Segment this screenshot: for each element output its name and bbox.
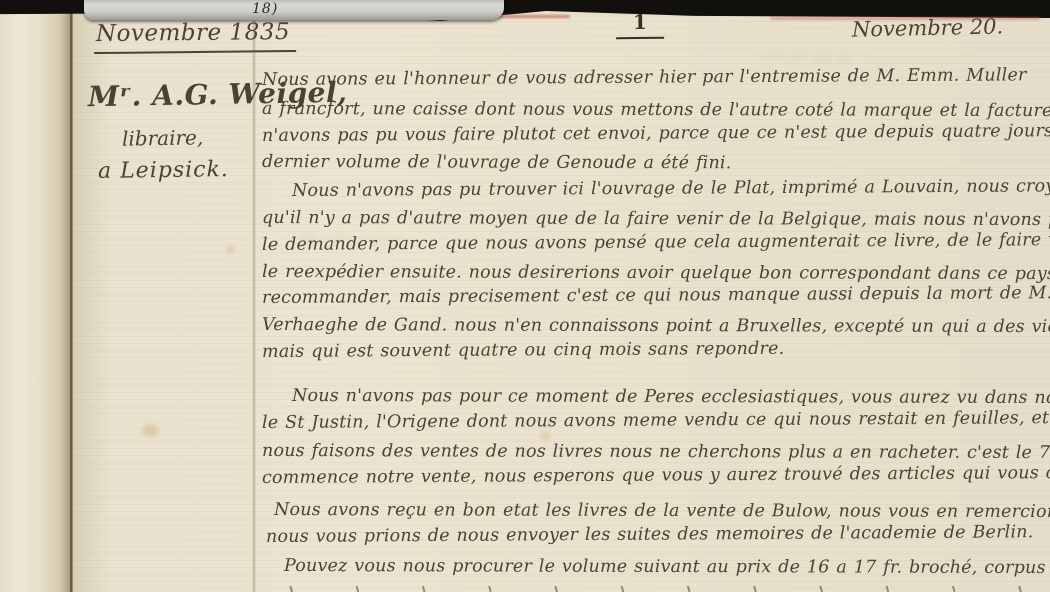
facing-page <box>0 8 72 592</box>
letter-line: le demander, parce que nous avons pensé … <box>262 229 1050 255</box>
letter-line: Pouvez vous nous procurer le volume suiv… <box>284 556 1050 578</box>
letter-line: Verhaeghe de Gand. nous n'en connaissons… <box>262 315 1050 337</box>
paper-stain <box>142 424 158 437</box>
letter-line: le reexpédier ensuite. nous desirerions … <box>262 262 1050 284</box>
manuscript-scan: ıılıı ıllı ııll ılı ıll ıı llıı ıı ılı ı… <box>0 0 1050 592</box>
letter-line: nous faisons des ventes de nos livres no… <box>262 441 1050 463</box>
letter-line: Nous n'avons pas pour ce moment de Peres… <box>292 386 1050 408</box>
recipient-place: a Leipsick. <box>98 157 229 184</box>
letter-line: recommander, mais precisement c'est ce q… <box>262 283 1050 308</box>
letter-body: Nous avons eu l'honneur de vous adresser… <box>258 0 1050 592</box>
letter-line: qu'il n'y a pas d'autre moyen que de la … <box>262 208 1050 230</box>
letter-line: a francfort, une caisse dont nous vous m… <box>262 99 1050 121</box>
letter-line: commence notre vente, nous esperons que … <box>262 462 1050 488</box>
letter-line: Nous n'avons pas pu trouver ici l'ouvrag… <box>292 176 1050 201</box>
letter-line: Nous avons reçu en bon etat les livres d… <box>274 500 1050 522</box>
cutoff-line-strokes <box>264 586 1024 592</box>
letter-line: mais qui est souvent quatre ou cinq mois… <box>262 339 784 362</box>
letter-line: dernier volume de l'ouvrage de Genoude a… <box>262 152 732 173</box>
letter-line: n'avons pas pu vous faire plutot cet env… <box>262 121 1050 146</box>
letter-line: nous vous prions de nous envoyer les sui… <box>266 522 1034 547</box>
paper-stain <box>226 246 234 253</box>
recipient-profession: libraire, <box>122 125 204 150</box>
letter-line: le St Justin, l'Origene dont nous avons … <box>262 408 1050 433</box>
letter-line: Nous avons eu l'honneur de vous adresser… <box>262 65 1027 90</box>
